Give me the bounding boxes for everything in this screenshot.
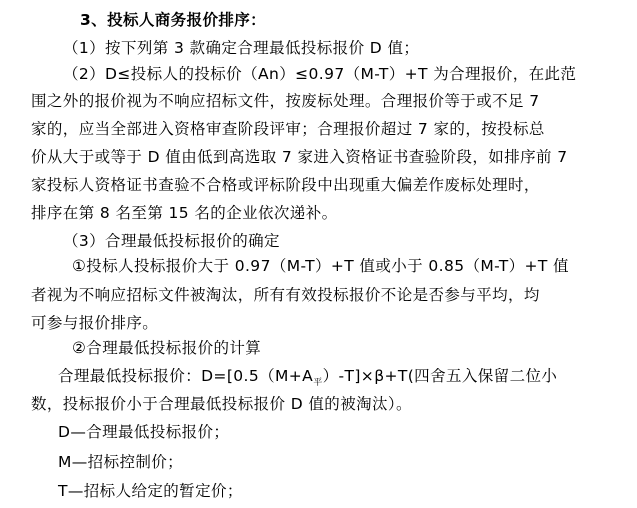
item-1-line-2: 者视为不响应招标文件被淘汰，所有有效投标报价不论是否参与平均，均 <box>31 285 540 305</box>
paragraph-2-line-3: 家的，应当全部进入资格审查阶段评审；合理报价超过 7 家的，按投标总 <box>31 119 545 139</box>
item-1-line-3: 可参与报价排序。 <box>31 313 158 333</box>
paragraph-2-line-1: （2）D≤投标人的投标价（An）≤0.97（M-T）+T 为合理报价，在此范 <box>63 64 576 84</box>
definition-m: M—招标控制价； <box>58 452 183 472</box>
subsection-3-title: （3）合理最低投标报价的确定 <box>63 231 280 251</box>
paragraph-2-line-4: 价从大于或等于 D 值由低到高选取 7 家进入资格证书查验阶段，如排序前 7 <box>31 147 568 167</box>
formula-line-1: 合理最低投标报价：D=[0.5（M+A平）-T]×β+T(四舍五入保留二位小 <box>58 366 557 393</box>
formula-subscript: 平 <box>313 378 322 388</box>
definition-t: T—招标人给定的暂定价； <box>58 481 243 501</box>
paragraph-2-line-5: 家投标人资格证书查验不合格或评标阶段中出现重大偏差作废标处理时， <box>31 175 540 195</box>
paragraph-2-line-6: 排序在第 8 名至第 15 名的企业依次递补。 <box>31 203 338 223</box>
definition-d: D—合理最低投标报价； <box>58 422 229 442</box>
section-heading: 3、投标人商务报价排序： <box>80 10 266 30</box>
item-1-line-1: ①投标人投标报价大于 0.97（M-T）+T 值或小于 0.85（M-T）+T … <box>72 256 569 276</box>
item-2-title: ②合理最低投标报价的计算 <box>72 338 261 358</box>
formula-tail: ）-T]×β+T(四舍五入保留二位小 <box>323 367 558 385</box>
paragraph-2-line-2: 围之外的报价视为不响应招标文件，按废标处理。合理报价等于或不足 7 <box>31 91 540 111</box>
paragraph-1: （1）按下列第 3 款确定合理最低投标报价 D 值； <box>63 38 419 58</box>
formula-head: 合理最低投标报价：D=[0.5（M+A <box>58 367 313 385</box>
formula-line-2: 数，投标报价小于合理最低投标报价 D 值的被淘汰）。 <box>31 394 412 414</box>
